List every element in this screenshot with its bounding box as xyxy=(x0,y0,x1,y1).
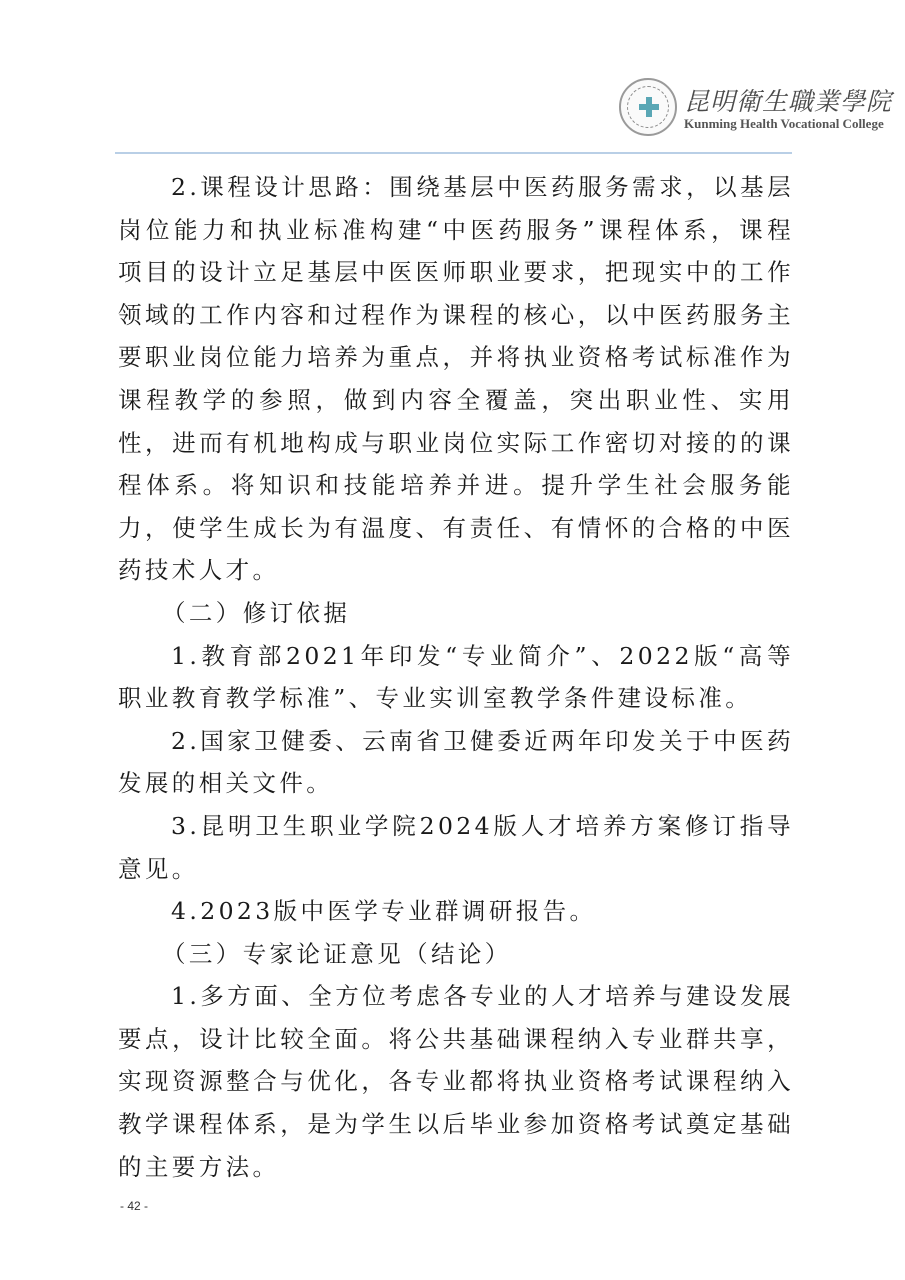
college-name-en: Kunming Health Vocational College xyxy=(684,116,884,132)
paragraph-course-design: 2.课程设计思路：围绕基层中医药服务需求，以基层岗位能力和执业标准构建“中医药服… xyxy=(118,166,794,592)
paragraph-expert-1: 1.多方面、全方位考虑各专业的人才培养与建设发展要点，设计比较全面。将公共基础课… xyxy=(118,975,794,1188)
section-heading-expert-opinion: （三）专家论证意见（结论） xyxy=(118,933,794,976)
paragraph-basis-1: 1.教育部2021年印发“专业简介”、2022版“高等职业教育教学标准”、专业实… xyxy=(118,635,794,720)
section-heading-revision-basis: （二）修订依据 xyxy=(118,592,794,635)
document-body: 2.课程设计思路：围绕基层中医药服务需求，以基层岗位能力和执业标准构建“中医药服… xyxy=(118,166,794,1188)
college-name-cn: 昆明衛生職業學院 xyxy=(684,82,892,118)
paragraph-basis-2: 2.国家卫健委、云南省卫健委近两年印发关于中医药发展的相关文件。 xyxy=(118,720,794,805)
medical-cross-icon xyxy=(639,97,659,117)
paragraph-basis-3: 3.昆明卫生职业学院2024版人才培养方案修订指导意见。 xyxy=(118,805,794,890)
college-seal-icon xyxy=(619,78,677,136)
paragraph-basis-4: 4.2023版中医学专业群调研报告。 xyxy=(118,890,794,933)
header-divider xyxy=(115,152,792,154)
page-number: - 42 - xyxy=(120,1199,148,1213)
page-header: 昆明衛生職業學院 Kunming Health Vocational Colle… xyxy=(0,0,905,160)
